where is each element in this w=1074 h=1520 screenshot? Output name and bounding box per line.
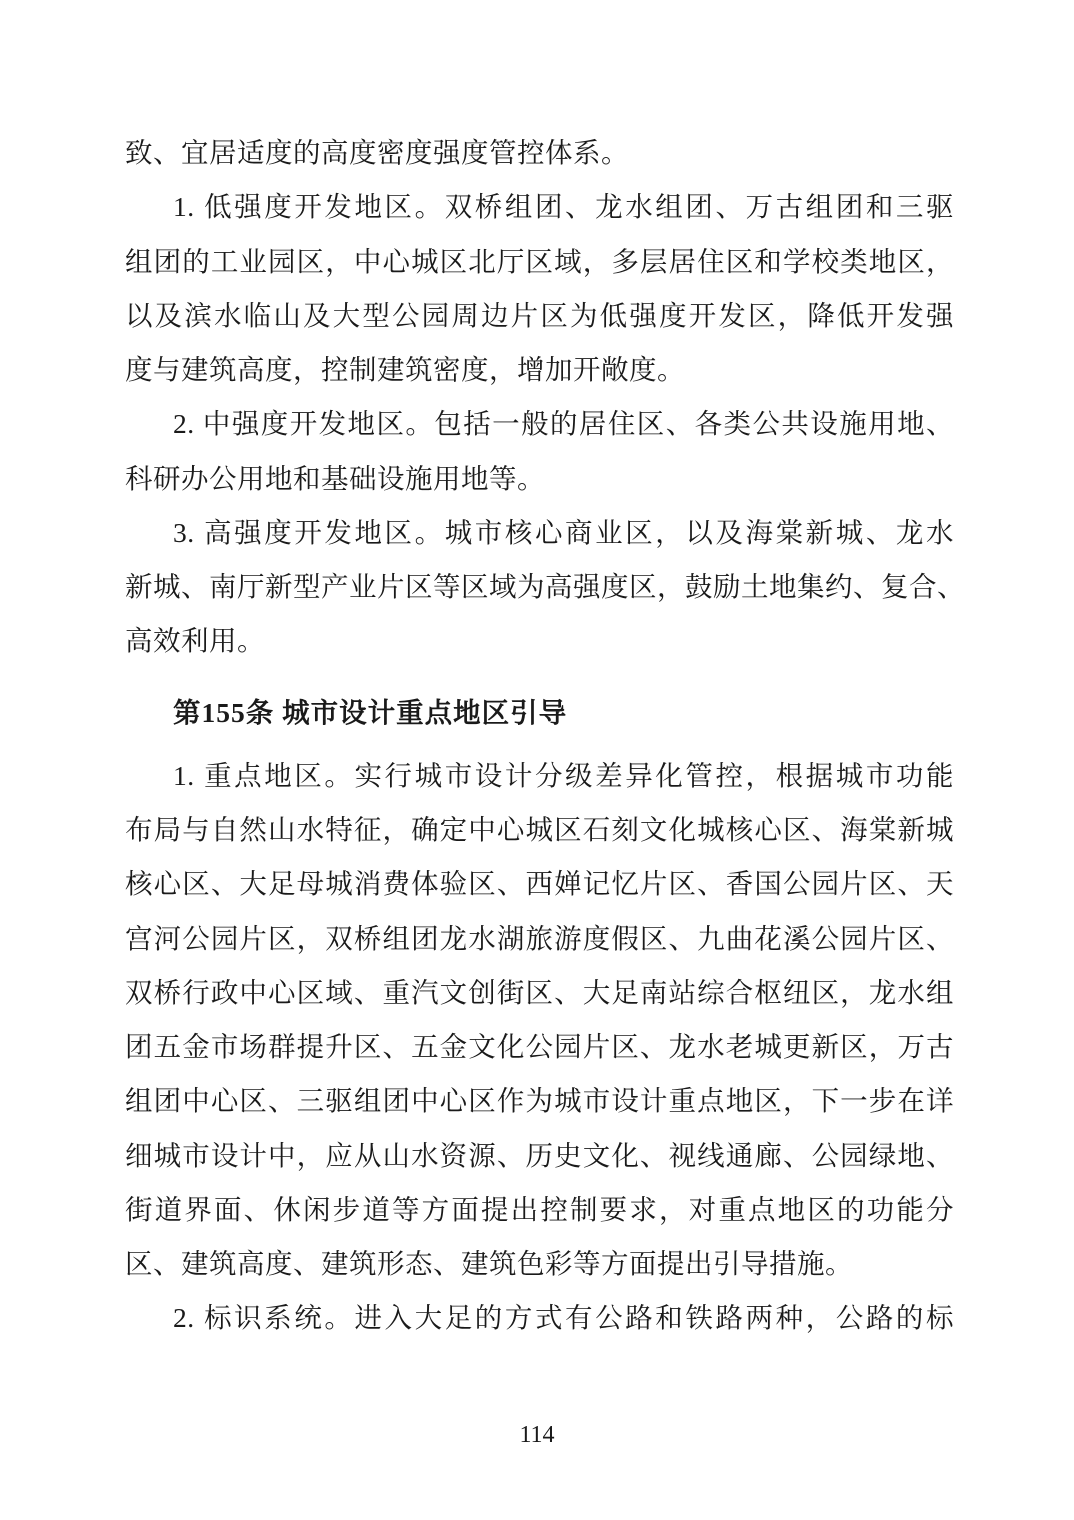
text-line: 致、宜居适度的高度密度强度管控体系。 xyxy=(125,126,954,180)
text-line: 新城、南厅新型产业片区等区域为高强度区，鼓励土地集约、复合、 xyxy=(125,560,954,614)
document-page: 致、宜居适度的高度密度强度管控体系。1. 低强度开发地区。双桥组团、龙水组团、万… xyxy=(0,0,1074,1520)
text-line: 街道界面、休闲步道等方面提出控制要求，对重点地区的功能分 xyxy=(125,1183,954,1237)
text-line: 组团的工业园区，中心城区北厅区域，多层居住区和学校类地区， xyxy=(125,235,954,289)
text-block: 致、宜居适度的高度密度强度管控体系。1. 低强度开发地区。双桥组团、龙水组团、万… xyxy=(125,126,954,1346)
text-line: 核心区、大足母城消费体验区、西婵记忆片区、香国公园片区、天 xyxy=(125,857,954,911)
page-number: 114 xyxy=(0,1421,1074,1449)
text-line: 布局与自然山水特征，确定中心城区石刻文化城核心区、海棠新城 xyxy=(125,803,954,857)
text-line: 高效利用。 xyxy=(125,614,954,668)
text-line: 3. 高强度开发地区。城市核心商业区，以及海棠新城、龙水 xyxy=(125,506,954,560)
text-line: 组团中心区、三驱组团中心区作为城市设计重点地区，下一步在详 xyxy=(125,1074,954,1128)
text-line: 2. 标识系统。进入大足的方式有公路和铁路两种，公路的标 xyxy=(125,1291,954,1345)
text-line: 宫河公园片区，双桥组团龙水湖旅游度假区、九曲花溪公园片区、 xyxy=(125,912,954,966)
article-heading: 第155条 城市设计重点地区引导 xyxy=(125,686,954,740)
text-line: 1. 重点地区。实行城市设计分级差异化管控，根据城市功能 xyxy=(125,749,954,803)
text-line: 2. 中强度开发地区。包括一般的居住区、各类公共设施用地、 xyxy=(125,397,954,451)
text-line: 科研办公用地和基础设施用地等。 xyxy=(125,452,954,506)
text-line: 1. 低强度开发地区。双桥组团、龙水组团、万古组团和三驱 xyxy=(125,180,954,234)
text-line: 以及滨水临山及大型公园周边片区为低强度开发区，降低开发强 xyxy=(125,289,954,343)
text-line: 团五金市场群提升区、五金文化公园片区、龙水老城更新区，万古 xyxy=(125,1020,954,1074)
text-line: 区、建筑高度、建筑形态、建筑色彩等方面提出引导措施。 xyxy=(125,1237,954,1291)
text-line: 细城市设计中，应从山水资源、历史文化、视线通廊、公园绿地、 xyxy=(125,1129,954,1183)
text-line: 度与建筑高度，控制建筑密度，增加开敞度。 xyxy=(125,343,954,397)
text-line: 双桥行政中心区域、重汽文创街区、大足南站综合枢纽区，龙水组 xyxy=(125,966,954,1020)
